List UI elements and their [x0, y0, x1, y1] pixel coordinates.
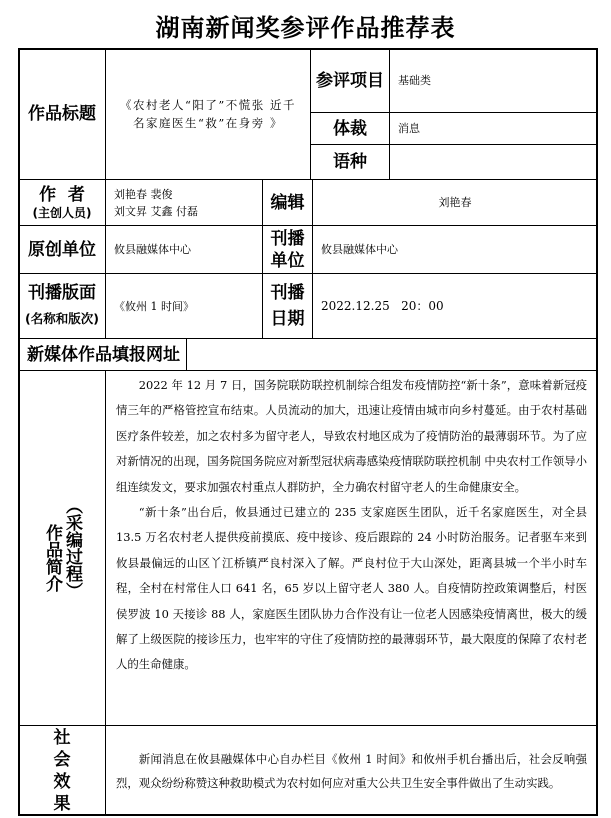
social-effect-content: 新闻消息在攸县融媒体中心自办栏目《攸州 1 时间》和攸州手机台播出后，社会反响强…	[105, 725, 598, 816]
editor-value-text: 刘艳春	[439, 194, 472, 211]
original-unit-label-text: 原创单位	[28, 238, 96, 262]
genre-value-text: 消息	[398, 120, 420, 137]
process-content: 2022 年 12 月 7 日，国务院联防联控机制综合组发布疫情防控“新十条”，…	[105, 370, 598, 726]
process-label: （采编过程） 作品简介	[18, 370, 106, 726]
work-title-label: 作品标题	[18, 48, 106, 180]
social-effect-text: 新闻消息在攸县融媒体中心自办栏目《攸州 1 时间》和攸州手机台播出后，社会反响强…	[116, 747, 587, 795]
process-label-col2: （采编过程）	[62, 497, 82, 599]
author-label: 作 者 (主创人员)	[18, 179, 106, 226]
publish-unit-label: 刊播 单位	[262, 225, 313, 274]
language-label: 语种	[310, 144, 390, 180]
language-value[interactable]	[389, 144, 598, 180]
publish-date-value: 2022.12.25 20：00	[312, 273, 598, 339]
new-media-url-label: 新媒体作品填报网址	[18, 338, 187, 371]
category-value: 基础类	[389, 48, 598, 113]
process-paragraph-1: 2022 年 12 月 7 日，国务院联防联控机制综合组发布疫情防控“新十条”，…	[116, 373, 587, 500]
editor-value: 刘艳春	[312, 179, 598, 226]
publish-page-label-line2: (名称和版次)	[25, 306, 99, 332]
editor-label: 编辑	[262, 179, 313, 226]
new-media-url-label-text: 新媒体作品填报网址	[27, 343, 180, 367]
original-unit-value-text: 攸县融媒体中心	[114, 241, 191, 258]
author-line1: 刘艳春 裴俊	[114, 186, 173, 203]
new-media-url-value[interactable]	[186, 338, 598, 371]
publish-page-label: 刊播版面 (名称和版次)	[18, 273, 106, 339]
language-label-text: 语种	[333, 150, 367, 174]
publish-page-value: 《攸州 1 时间》	[105, 273, 263, 339]
original-unit-label: 原创单位	[18, 225, 106, 274]
publish-unit-value: 攸县融媒体中心	[312, 225, 598, 274]
publish-unit-label-line2: 单位	[271, 250, 305, 272]
category-label: 参评项目	[310, 48, 390, 113]
original-unit-value: 攸县融媒体中心	[105, 225, 263, 274]
genre-label-text: 体裁	[333, 117, 367, 141]
category-value-text: 基础类	[398, 72, 431, 89]
publish-unit-label-line1: 刊播	[271, 228, 305, 250]
category-label-text: 参评项目	[316, 69, 384, 93]
publish-date-label: 刊播 日期	[262, 273, 313, 339]
genre-value: 消息	[389, 112, 598, 145]
work-title-text: 《农村老人“阳了”不慌张 近千名家庭医生“救”在身旁 》	[116, 96, 300, 132]
author-value: 刘艳春 裴俊 刘文昇 艾鑫 付磊	[105, 179, 263, 226]
publish-page-value-text: 《攸州 1 时间》	[114, 298, 194, 315]
social-effect-label-text: 社会效果	[53, 727, 71, 815]
social-effect-label: 社会效果	[18, 725, 106, 816]
editor-label-text: 编辑	[271, 191, 305, 215]
publish-unit-value-text: 攸县融媒体中心	[321, 241, 398, 258]
form-title: 湖南新闻奖参评作品推荐表	[0, 8, 611, 43]
publish-date-label-line1: 刊播	[271, 280, 305, 306]
author-label-line2: (主创人员)	[33, 205, 92, 221]
author-label-line1: 作 者	[39, 185, 85, 205]
publish-page-label-line1: 刊播版面	[28, 280, 96, 306]
publish-date-label-line2: 日期	[271, 306, 305, 332]
work-title-value: 《农村老人“阳了”不慌张 近千名家庭医生“救”在身旁 》	[105, 48, 311, 180]
process-label-col1: 作品简介	[42, 517, 62, 599]
process-paragraph-2: “新十条”出台后，攸县通过已建立的 235 支家庭医生团队，近千名家庭医生，对全…	[116, 500, 587, 678]
author-line2: 刘文昇 艾鑫 付磊	[114, 203, 198, 220]
work-title-label-text: 作品标题	[28, 102, 96, 126]
genre-label: 体裁	[310, 112, 390, 145]
publish-date-value-text: 2022.12.25 20：00	[321, 298, 444, 315]
